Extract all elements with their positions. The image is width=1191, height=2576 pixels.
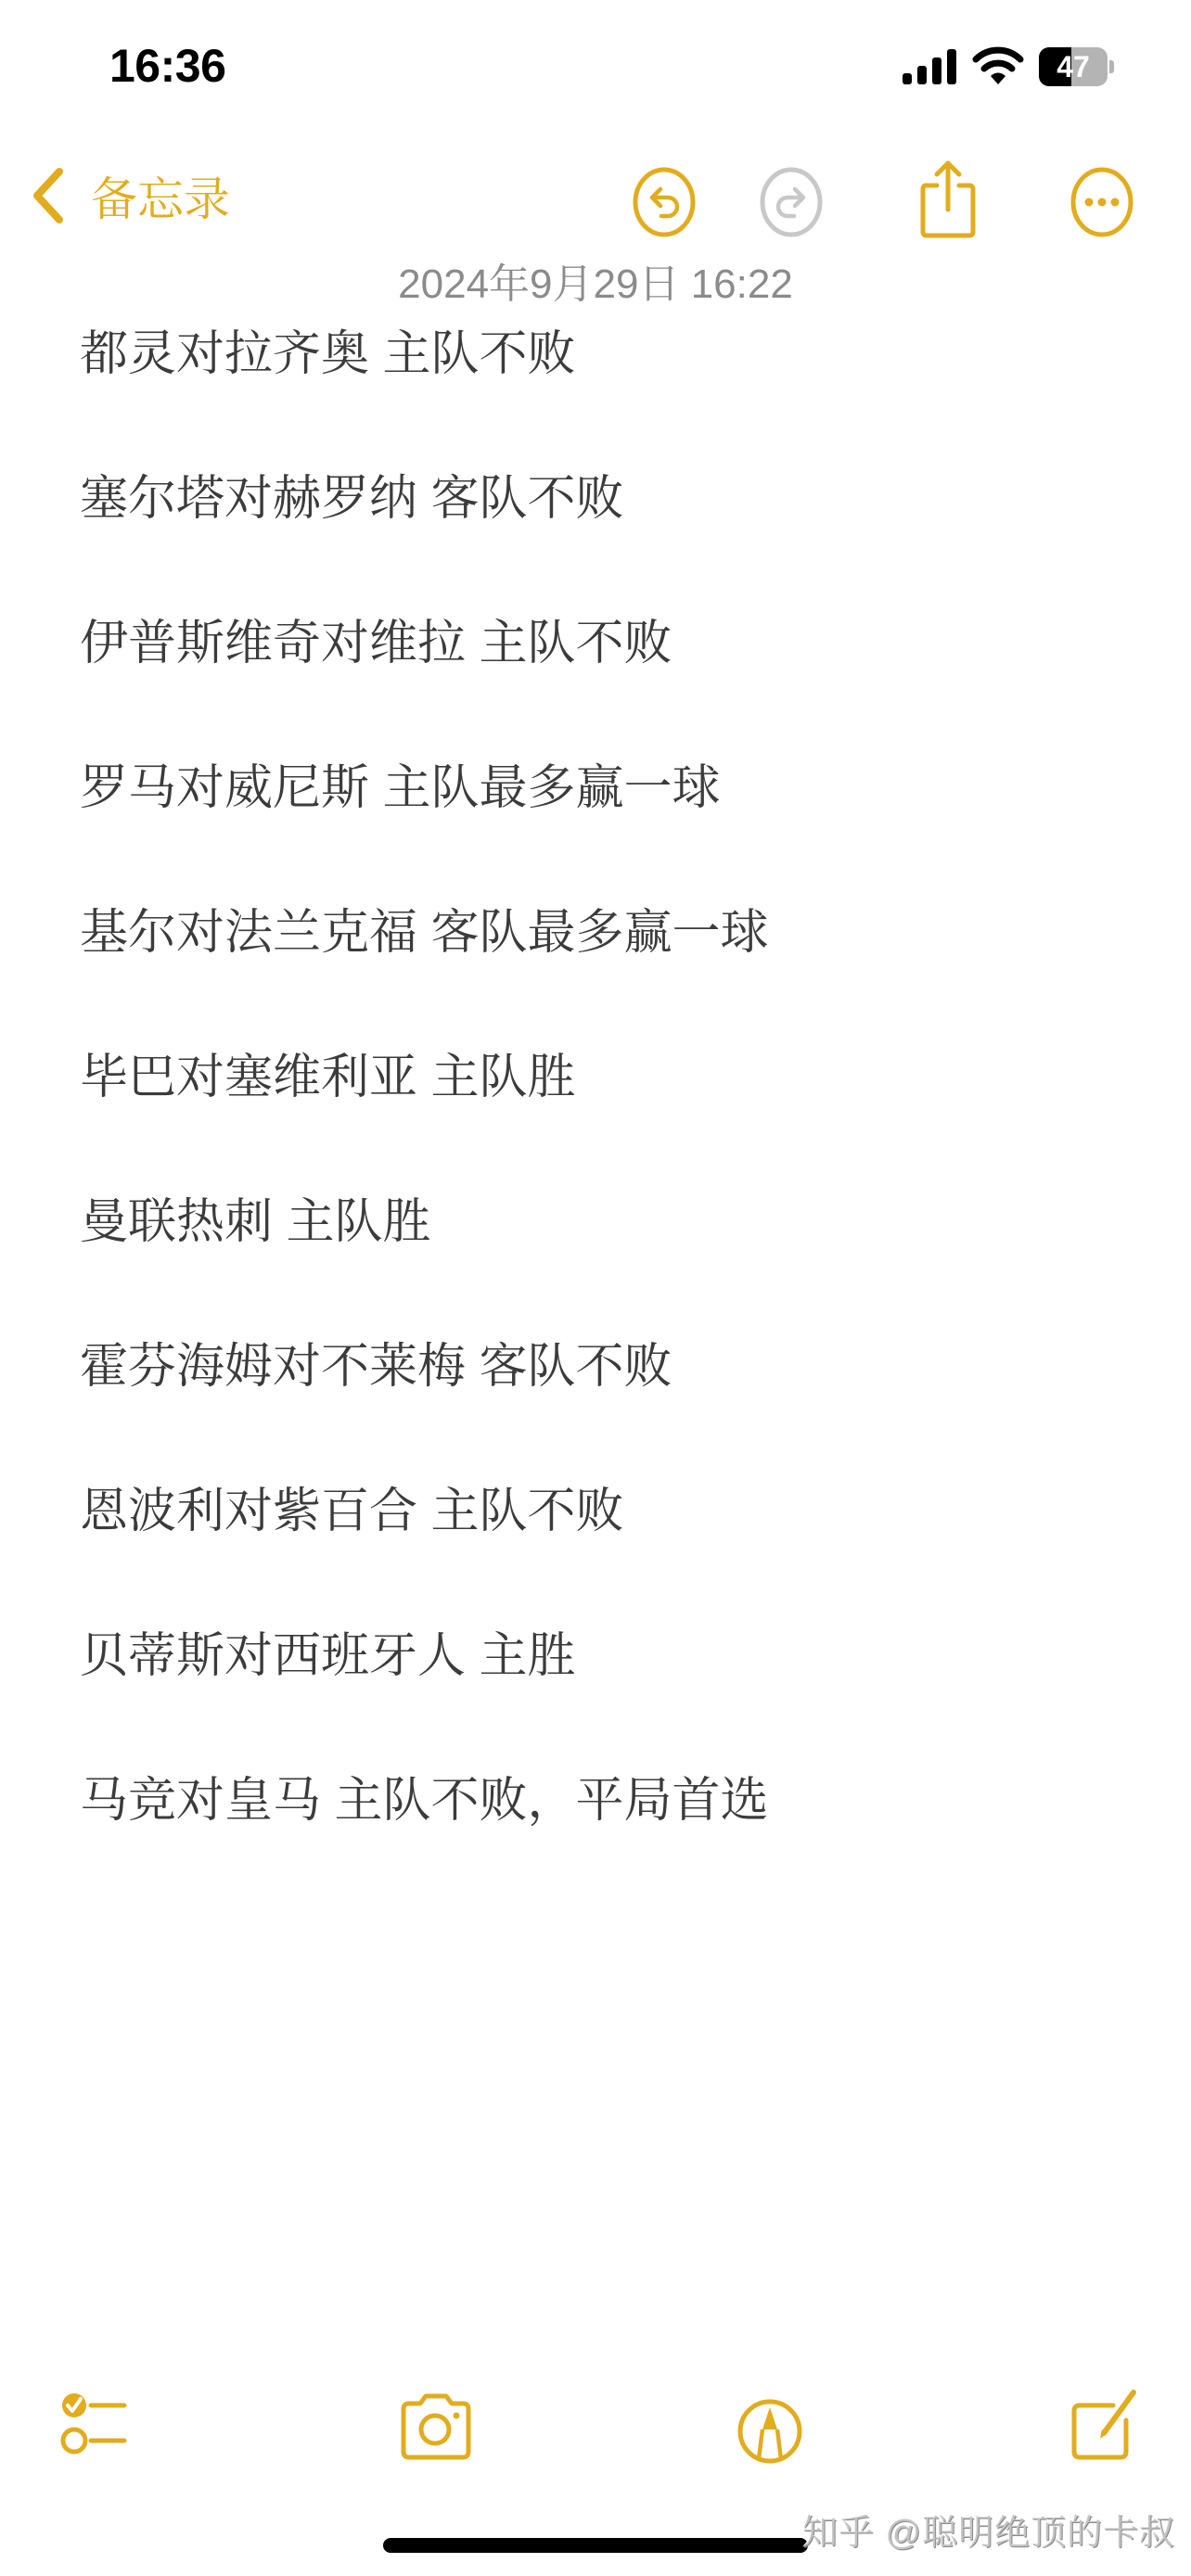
note-line[interactable]: 罗马对威尼斯 主队最多赢一球	[80, 759, 1146, 903]
wifi-icon	[972, 46, 1024, 85]
status-time: 16:36	[109, 39, 225, 93]
battery-indicator: 47	[1039, 47, 1113, 86]
note-line[interactable]: 霍芬海姆对不莱梅 客队不败	[80, 1337, 1146, 1482]
note-line[interactable]: 塞尔塔对赫罗纳 客队不败	[80, 469, 1146, 614]
home-indicator[interactable]	[383, 2538, 808, 2553]
more-options-icon[interactable]	[1067, 167, 1137, 237]
note-date: 2024年9月29日 16:22	[0, 250, 1191, 310]
note-line[interactable]: 伊普斯维奇对维拉 主队不败	[80, 614, 1146, 759]
note-line[interactable]: 毕巴对塞维利亚 主队胜	[80, 1048, 1146, 1192]
camera-icon[interactable]	[394, 2385, 478, 2468]
bottom-toolbar	[0, 2374, 1191, 2476]
note-line[interactable]: 曼联热刺 主队胜	[80, 1192, 1146, 1337]
watermark: 知乎 @聪明绝顶的卡叔	[802, 2504, 1175, 2555]
undo-icon[interactable]	[629, 167, 699, 237]
nav-bar: 备忘录	[0, 139, 1191, 250]
note-line[interactable]: 恩波利对紫百合 主队不败	[80, 1482, 1146, 1626]
battery-percent: 47	[1039, 47, 1108, 86]
cellular-signal-icon	[903, 49, 958, 84]
share-icon[interactable]	[913, 158, 983, 241]
checklist-icon[interactable]	[54, 2385, 137, 2468]
back-button[interactable]: 备忘录	[28, 163, 230, 228]
status-bar: 16:36 47	[0, 0, 1191, 130]
markup-pen-icon[interactable]	[728, 2385, 812, 2468]
note-line[interactable]: 基尔对法兰克福 客队最多赢一球	[80, 903, 1146, 1048]
battery-cap	[1109, 60, 1114, 73]
redo-icon[interactable]	[756, 167, 826, 237]
note-line[interactable]: 贝蒂斯对西班牙人 主胜	[80, 1626, 1146, 1771]
note-body[interactable]: 都灵对拉齐奥 主队不败 塞尔塔对赫罗纳 客队不败 伊普斯维奇对维拉 主队不败 罗…	[80, 325, 1146, 1916]
back-label: 备忘录	[91, 162, 230, 229]
compose-icon[interactable]	[1065, 2385, 1148, 2468]
note-line[interactable]: 马竞对皇马 主队不败，平局首选	[80, 1771, 1146, 1916]
note-line[interactable]: 都灵对拉齐奥 主队不败	[80, 325, 1146, 469]
chevron-left-icon	[28, 166, 69, 225]
